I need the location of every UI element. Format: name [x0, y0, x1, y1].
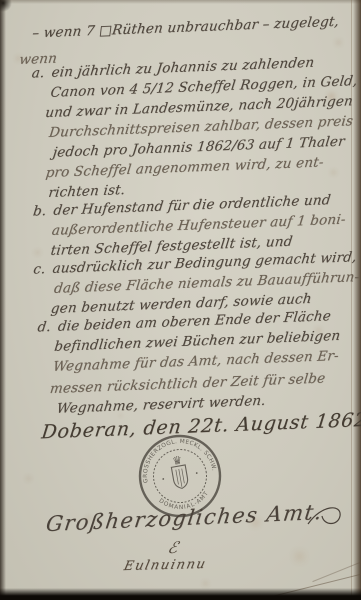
manuscript-photo: – wenn 7 □Rüthen unbrauchbar – zugelegt,…: [0, 0, 361, 600]
clause-label-d: d.: [37, 319, 52, 336]
manuscript-line: messen rücksichtlich der Zeit für selbe: [49, 370, 326, 397]
photo-edge-bottom: [0, 588, 361, 600]
photo-edge-left: [0, 0, 6, 600]
clause-label-c: c.: [32, 261, 46, 278]
manuscript-line: – wenn 7 □Rüthen unbrauchbar – zugelegt,: [31, 14, 340, 42]
handwritten-text-block: – wenn 7 □Rüthen unbrauchbar – zugelegt,…: [18, 13, 361, 496]
signature-scrawl: Eulnuinnu: [122, 557, 208, 574]
manuscript-line: richten ist.: [47, 182, 126, 201]
photo-corner-shadow: [0, 0, 12, 12]
photo-edge-top: [0, 0, 361, 4]
signature-paraph: ℰ: [166, 538, 180, 557]
clause-label-a: a.: [31, 65, 46, 82]
closing-flourish: [306, 500, 350, 534]
closing-formula: Großherzogliches Amt.: [45, 500, 325, 536]
clause-label-b: b.: [32, 203, 47, 220]
